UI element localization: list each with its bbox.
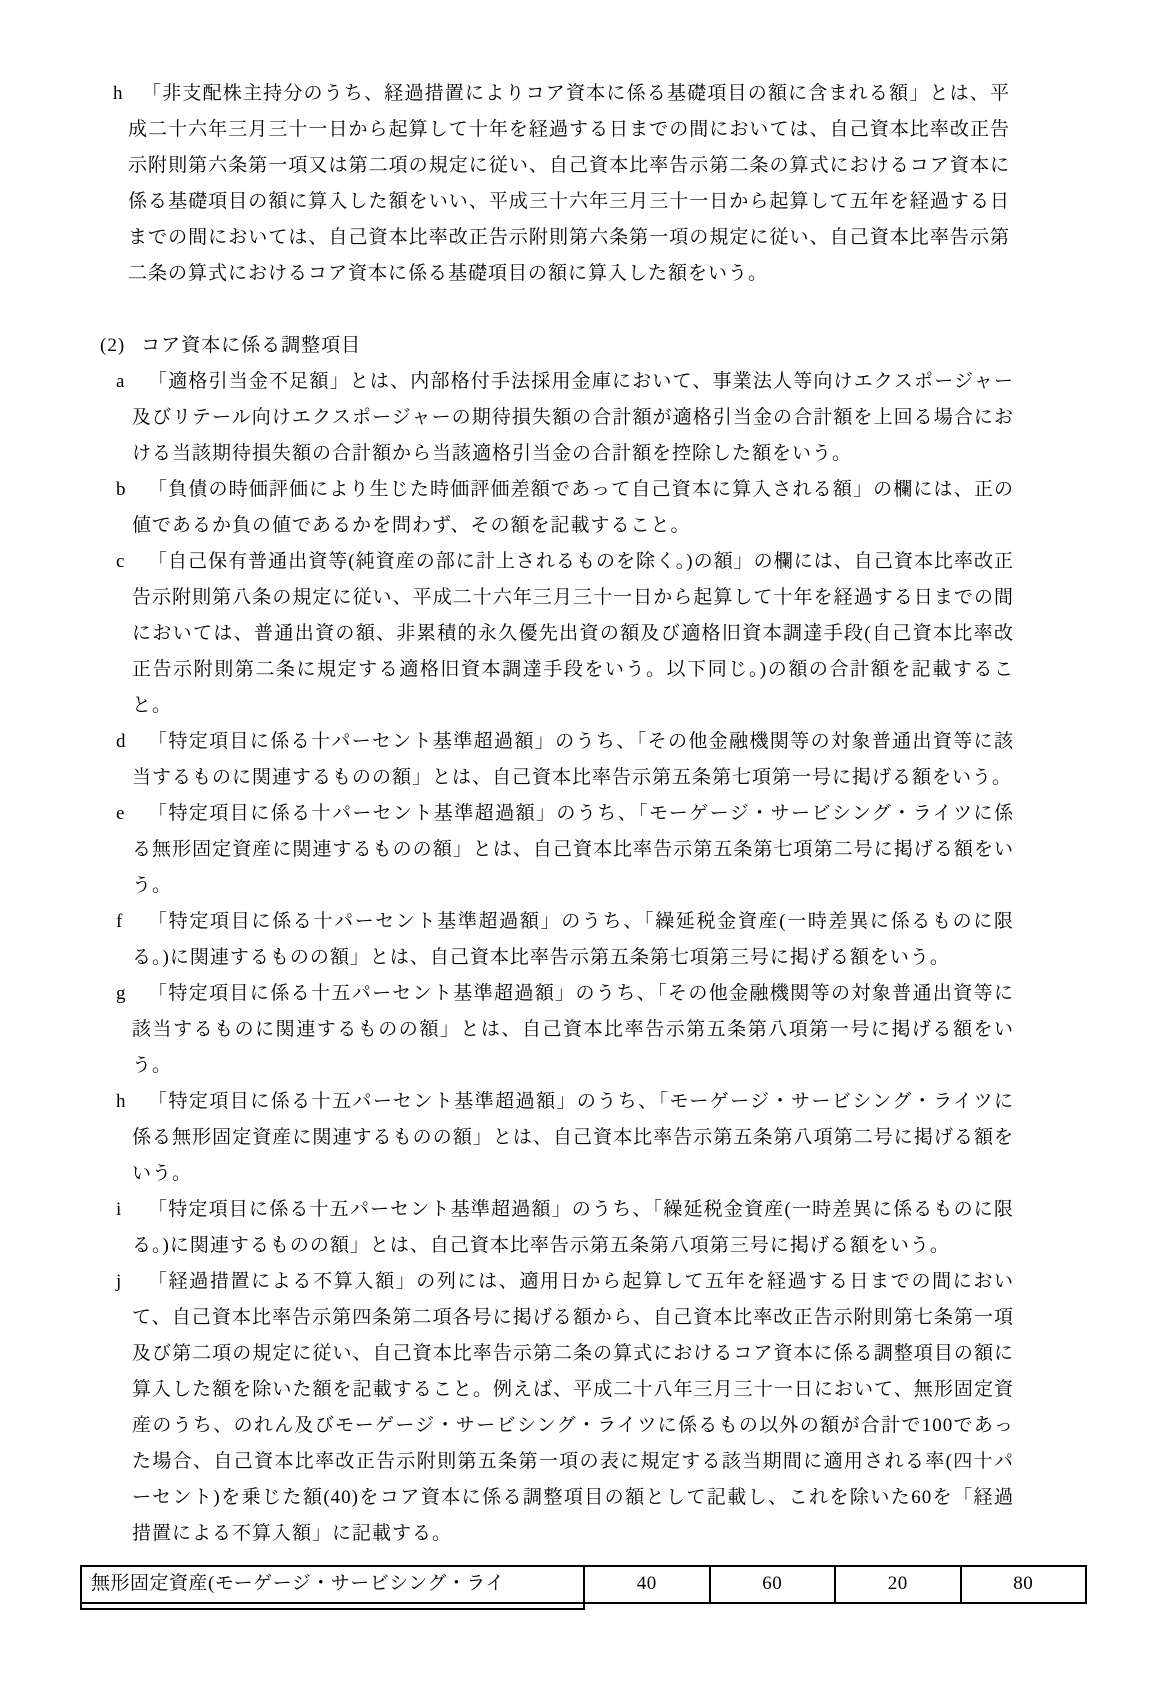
- list-item-d: d 「特定項目に係る十パーセント基準超過額」のうち、「その他金融機関等の対象普通…: [132, 724, 1014, 796]
- section-2-title: コア資本に係る調整項目: [141, 335, 361, 356]
- item-j-text: 「経過措置による不算入額」の列には、適用日から起算して五年を経過する日までの間に…: [132, 1271, 1014, 1544]
- list-item-g: g 「特定項目に係る十五パーセント基準超過額」のうち、「その他金融機関等の対象普…: [132, 976, 1014, 1084]
- item-b-text: 「負債の時価評価により生じた時価評価差額であって自己資本に算入される額」の欄には…: [132, 479, 1014, 536]
- item-c-text: 「自己保有普通出資等(純資産の部に計上されるものを除く。)の額」の欄には、自己資…: [132, 551, 1014, 716]
- item-i-text: 「特定項目に係る十五パーセント基準超過額」のうち、「繰延税金資産(一時差異に係る…: [132, 1199, 1014, 1256]
- item-h-text: 「非支配株主持分のうち、経過措置によりコア資本に係る基礎項目の額に含まれる額」と…: [128, 83, 1010, 284]
- table-value-4: 80: [962, 1567, 1086, 1602]
- item-i-marker: i: [116, 1192, 122, 1228]
- item-g-text: 「特定項目に係る十五パーセント基準超過額」のうち、「その他金融機関等の対象普通出…: [132, 983, 1014, 1076]
- list-item-a: a 「適格引当金不足額」とは、内部格付手法採用金庫において、事業法人等向けエクス…: [132, 364, 1014, 472]
- item-h2-text: 「特定項目に係る十五パーセント基準超過額」のうち、「モーゲージ・サービシング・ラ…: [132, 1091, 1014, 1184]
- item-b-marker: b: [116, 472, 127, 508]
- item-c-marker: c: [116, 544, 125, 580]
- item-j-marker: j: [116, 1264, 122, 1300]
- list-item-f: f 「特定項目に係る十パーセント基準超過額」のうち、「繰延税金資産(一時差異に係…: [132, 904, 1014, 976]
- item-a-text: 「適格引当金不足額」とは、内部格付手法採用金庫において、事業法人等向けエクスポー…: [132, 371, 1014, 464]
- list-item-c: c 「自己保有普通出資等(純資産の部に計上されるものを除く。)の額」の欄には、自…: [132, 544, 1014, 724]
- list-item-h2: h 「特定項目に係る十五パーセント基準超過額」のうち、「モーゲージ・サービシング…: [132, 1084, 1014, 1192]
- example-table-row: 無形固定資産(モーゲージ・サービシング・ライ 40 60 20 80: [80, 1565, 1087, 1604]
- list-item-e: e 「特定項目に係る十パーセント基準超過額」のうち、「モーゲージ・サービシング・…: [132, 796, 1014, 904]
- item-f-text: 「特定項目に係る十パーセント基準超過額」のうち、「繰延税金資産(一時差異に係るも…: [132, 911, 1014, 968]
- table-value-2: 60: [711, 1567, 837, 1602]
- item-e-text: 「特定項目に係る十パーセント基準超過額」のうち、「モーゲージ・サービシング・ライ…: [132, 803, 1014, 896]
- item-a-marker: a: [116, 364, 125, 400]
- table-value-3: 20: [836, 1567, 962, 1602]
- item-e-marker: e: [116, 796, 125, 832]
- item-d-text: 「特定項目に係る十パーセント基準超過額」のうち、「その他金融機関等の対象普通出資…: [132, 731, 1014, 788]
- table-row-label: 無形固定資産(モーゲージ・サービシング・ライ: [82, 1567, 585, 1602]
- list-item-b: b 「負債の時価評価により生じた時価評価差額であって自己資本に算入される額」の欄…: [132, 472, 1014, 544]
- item-g-marker: g: [116, 976, 127, 1012]
- list-item-i: i 「特定項目に係る十五パーセント基準超過額」のうち、「繰延税金資産(一時差異に…: [132, 1192, 1014, 1264]
- table-next-row-clipped: [80, 1604, 585, 1610]
- list-item-j: j 「経過措置による不算入額」の列には、適用日から起算して五年を経過する日までの…: [132, 1264, 1014, 1552]
- section-2-number: (2): [100, 335, 125, 356]
- item-h2-marker: h: [116, 1084, 127, 1120]
- item-f-marker: f: [116, 904, 123, 940]
- paragraph-item-h: h 「非支配株主持分のうち、経過措置によりコア資本に係る基礎項目の額に含まれる額…: [128, 76, 1010, 292]
- section-2-heading: (2)コア資本に係る調整項目: [100, 328, 1166, 364]
- document-page: h 「非支配株主持分のうち、経過措置によりコア資本に係る基礎項目の額に含まれる額…: [0, 0, 1166, 1610]
- table-value-1: 40: [585, 1567, 711, 1602]
- item-d-marker: d: [116, 724, 127, 760]
- item-h-marker: h: [113, 76, 124, 112]
